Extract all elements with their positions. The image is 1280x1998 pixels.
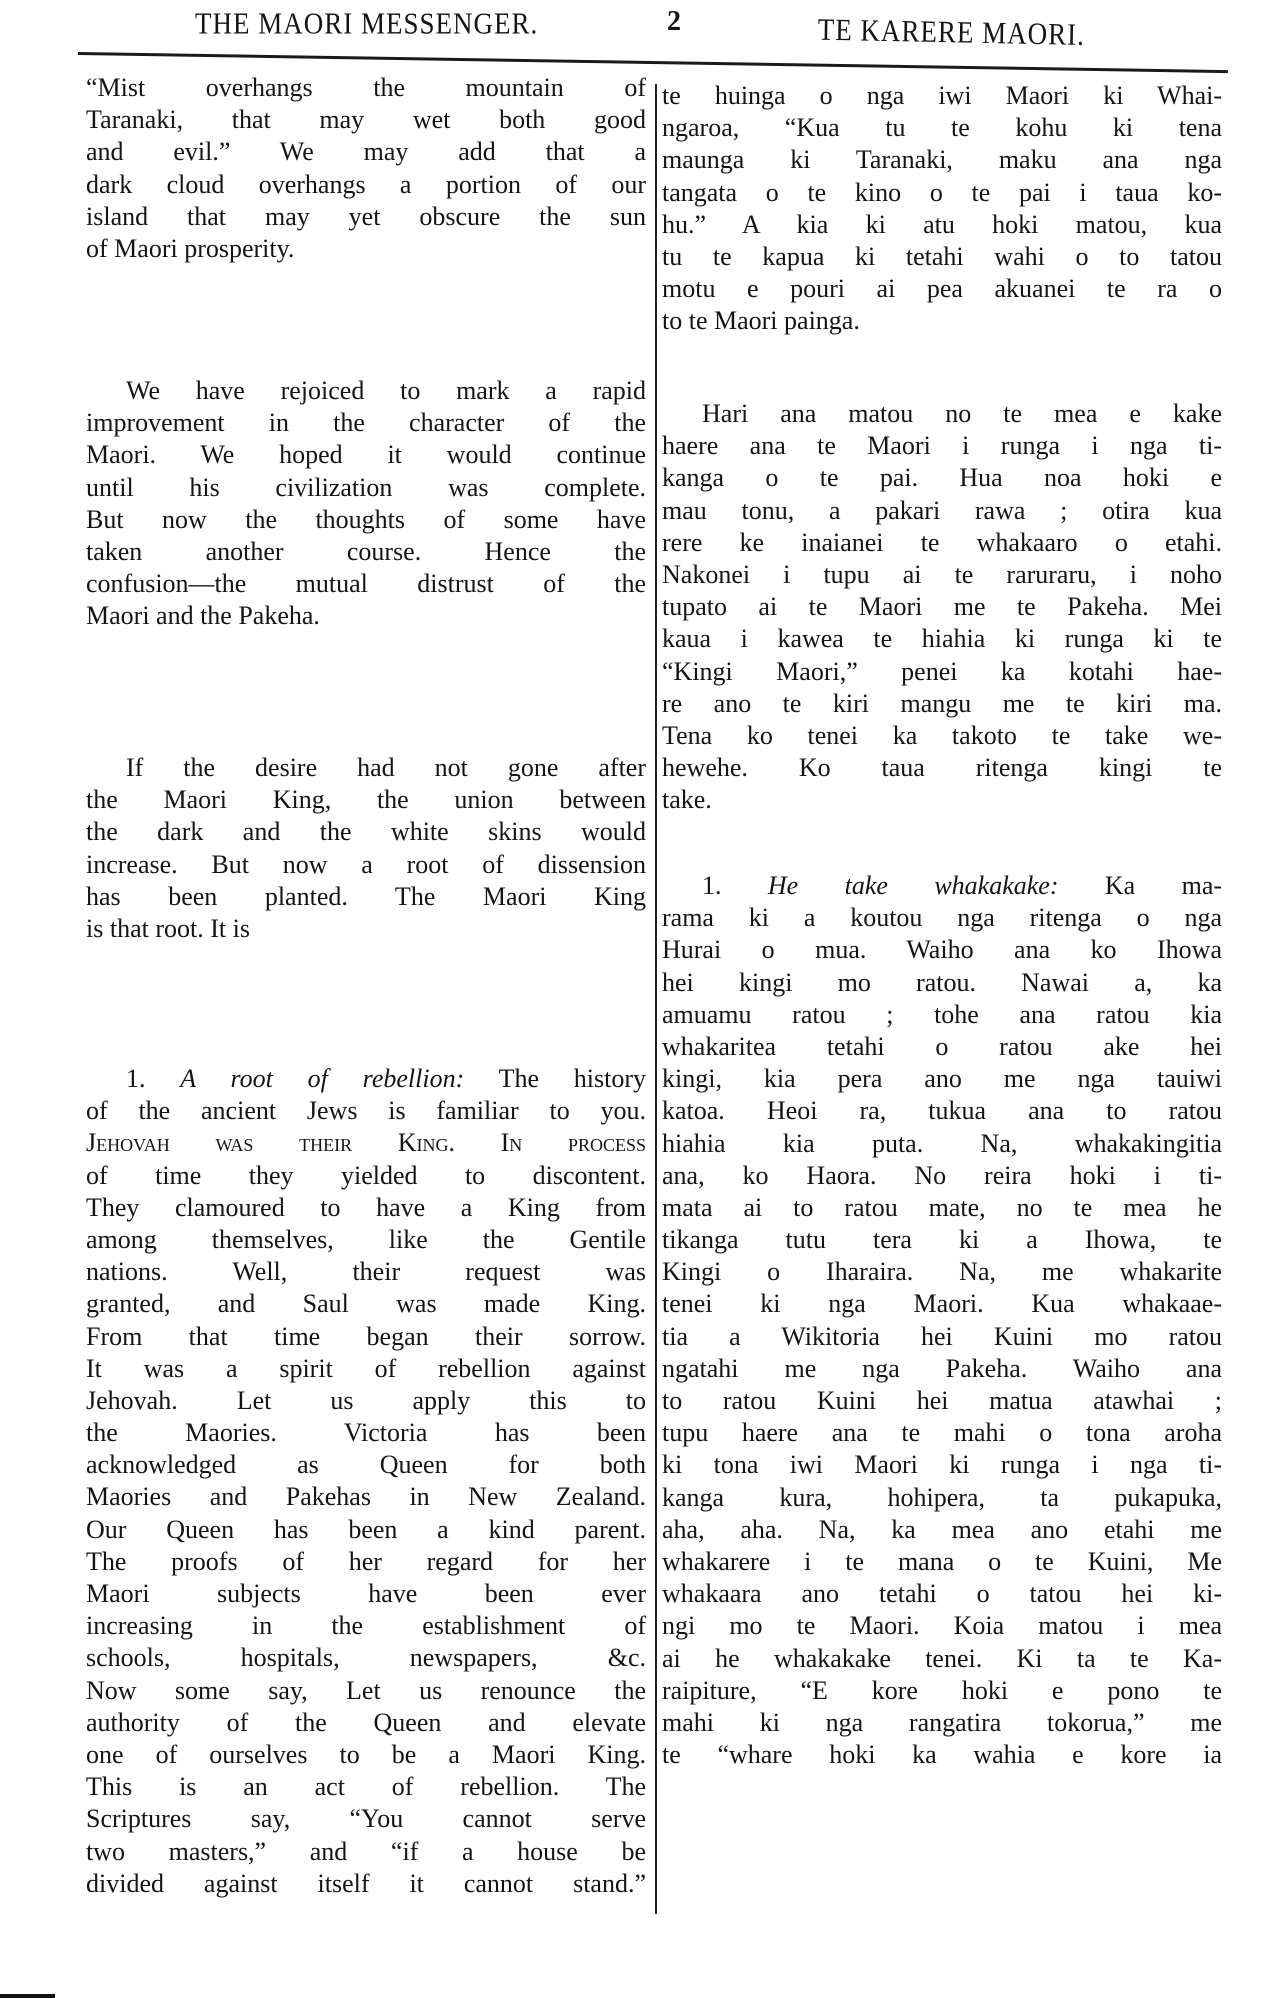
text-line: “Kingi Maori,” penei ka kotahi hae- bbox=[662, 656, 1222, 688]
text-line: raipiture, “E kore hoki e pono te bbox=[662, 1675, 1222, 1707]
text-line: of Maori prosperity. bbox=[86, 233, 646, 265]
section-heading: A root of rebellion: bbox=[180, 1064, 464, 1093]
text-line: re ano te kiri mangu me te kiri ma. bbox=[662, 688, 1222, 720]
text-line: ki tona iwi Maori ki runga i nga ti- bbox=[662, 1449, 1222, 1481]
text-line: ngaroa, “Kua tu te kohu ki tena bbox=[662, 112, 1222, 144]
text-line: ana, ko Haora. No reira hoki i ti- bbox=[662, 1160, 1222, 1192]
section-number: 1. bbox=[702, 871, 722, 900]
text-line: te huinga o nga iwi Maori ki Whai- bbox=[662, 80, 1222, 112]
text-line: Nakonei i tupu ai te raruraru, i noho bbox=[662, 559, 1222, 591]
text-line: and evil.” We may add that a bbox=[86, 136, 646, 168]
text-fragment: The history bbox=[499, 1064, 646, 1093]
text-line: But now the thoughts of some have bbox=[86, 504, 646, 536]
paragraph-desire: If the desire had not gone after the Mao… bbox=[86, 752, 646, 945]
text-line: kingi, kia pera ano me nga tauiwi bbox=[662, 1063, 1222, 1095]
text-line: take. bbox=[662, 784, 1222, 816]
text-line: increase. But now a root of dissension bbox=[86, 849, 646, 881]
text-line: Our Queen has been a kind parent. bbox=[86, 1514, 646, 1546]
text-line: mata ai to ratou mate, no te mea he bbox=[662, 1192, 1222, 1224]
text-line: hiahia kia puta. Na, whakakingitia bbox=[662, 1128, 1222, 1160]
text-line: tupato ai te Maori me te Pakeha. Mei bbox=[662, 591, 1222, 623]
text-line: taken another course. Hence the bbox=[86, 536, 646, 568]
section-number: 1. bbox=[126, 1064, 146, 1093]
text-line: kanga o te pai. Hua noa hoki e bbox=[662, 462, 1222, 494]
text-line: Jehovah. Let us apply this to bbox=[86, 1385, 646, 1417]
text-line: hei kingi mo ratou. Nawai a, ka bbox=[662, 967, 1222, 999]
text-line: We have rejoiced to mark a rapid bbox=[86, 375, 646, 407]
section-he-take-whakakake: 1. He take whakakake: Ka ma- rama ki a k… bbox=[662, 870, 1222, 1771]
section-heading-line: 1. A root of rebellion: The history bbox=[86, 1063, 646, 1095]
section-heading: He take whakakake: bbox=[768, 871, 1059, 900]
text-line: It was a spirit of rebellion against bbox=[86, 1353, 646, 1385]
text-line: Maories and Pakehas in New Zealand. bbox=[86, 1481, 646, 1513]
text-line: whakaritea tetahi o ratou ake hei bbox=[662, 1031, 1222, 1063]
text-line: whakaara ano tetahi o tatou hei ki- bbox=[662, 1578, 1222, 1610]
text-line: increasing in the establishment of bbox=[86, 1610, 646, 1642]
text-line: If the desire had not gone after bbox=[86, 752, 646, 784]
paragraph-hari: Hari ana matou no te mea e kake haere an… bbox=[662, 398, 1222, 816]
text-line: te “whare hoki ka wahia e kore ia bbox=[662, 1739, 1222, 1771]
text-line: to ratou Kuini hei matua atawhai ; bbox=[662, 1385, 1222, 1417]
text-line: tupu haere ana te mahi o tona aroha bbox=[662, 1417, 1222, 1449]
text-line: has been planted. The Maori King bbox=[86, 881, 646, 913]
text-line: haere ana te Maori i runga i nga ti- bbox=[662, 430, 1222, 462]
text-line: one of ourselves to be a Maori King. bbox=[86, 1739, 646, 1771]
text-line: the Maories. Victoria has been bbox=[86, 1417, 646, 1449]
column-divider bbox=[655, 84, 657, 1914]
text-line: dark cloud overhangs a portion of our bbox=[86, 169, 646, 201]
text-line: is that root. It is bbox=[86, 913, 646, 945]
text-line: rere ke inaianei te whakaaro o etahi. bbox=[662, 527, 1222, 559]
text-line: two masters,” and “if a house be bbox=[86, 1836, 646, 1868]
text-line: tia a Wikitoria hei Kuini mo ratou bbox=[662, 1321, 1222, 1353]
text-line: Kingi o Iharaira. Na, me whakarite bbox=[662, 1256, 1222, 1288]
text-line: schools, hospitals, newspapers, &c. bbox=[86, 1642, 646, 1674]
text-line: kanga kura, hohipera, ta pukapuka, bbox=[662, 1482, 1222, 1514]
paragraph-kohu: te huinga o nga iwi Maori ki Whai- ngaro… bbox=[662, 80, 1222, 338]
paragraph-rejoiced: We have rejoiced to mark a rapid improve… bbox=[86, 375, 646, 633]
text-line: Now some say, Let us renounce the bbox=[86, 1675, 646, 1707]
text-line: of the ancient Jews is familiar to you. bbox=[86, 1095, 646, 1127]
text-line: mau tonu, a pakari rawa ; otira kua bbox=[662, 495, 1222, 527]
text-line: of time they yielded to discontent. bbox=[86, 1160, 646, 1192]
text-line: nations. Well, their request was bbox=[86, 1256, 646, 1288]
text-line: aha, aha. Na, ka mea ano etahi me bbox=[662, 1514, 1222, 1546]
publication-title-maori: TE KARERE MAORI. bbox=[817, 12, 1085, 53]
text-line: acknowledged as Queen for both bbox=[86, 1449, 646, 1481]
page-edge-mark bbox=[0, 1994, 55, 1998]
page-header: THE MAORI MESSENGER. 2 TE KARERE MAORI. bbox=[0, 0, 1280, 56]
text-line: “Mist overhangs the mountain of bbox=[86, 72, 646, 104]
text-line: among themselves, like the Gentile bbox=[86, 1224, 646, 1256]
text-line: ai he whakakake tenei. Ki ta te Ka- bbox=[662, 1643, 1222, 1675]
text-line: motu e pouri ai pea akuanei te ra o bbox=[662, 273, 1222, 305]
section-heading-line: 1. He take whakakake: Ka ma- bbox=[662, 870, 1222, 902]
text-line: Maori. We hoped it would continue bbox=[86, 439, 646, 471]
text-line: They clamoured to have a King from bbox=[86, 1192, 646, 1224]
text-line: This is an act of rebellion. The bbox=[86, 1771, 646, 1803]
text-line: divided against itself it cannot stand.” bbox=[86, 1868, 646, 1900]
text-line: whakarere i te mana o te Kuini, Me bbox=[662, 1546, 1222, 1578]
text-line: Tena ko tenei ka takoto te take we- bbox=[662, 720, 1222, 752]
text-line: Hurai o mua. Waiho ana ko Ihowa bbox=[662, 934, 1222, 966]
text-line: mahi ki nga rangatira tokorua,” me bbox=[662, 1707, 1222, 1739]
publication-title-english: THE MAORI MESSENGER. bbox=[195, 6, 538, 42]
text-line: to te Maori painga. bbox=[662, 305, 1222, 337]
text-line: kaua i kawea te hiahia ki runga ki te bbox=[662, 623, 1222, 655]
text-line: improvement in the character of the bbox=[86, 407, 646, 439]
paragraph-mist: “Mist overhangs the mountain of Taranaki… bbox=[86, 72, 646, 265]
text-line: The proofs of her regard for her bbox=[86, 1546, 646, 1578]
text-line: tenei ki nga Maori. Kua whakaae- bbox=[662, 1288, 1222, 1320]
text-line: the Maori King, the union between bbox=[86, 784, 646, 816]
text-line: Jehovah was their King. In process bbox=[86, 1127, 646, 1159]
text-line: rama ki a koutou nga ritenga o nga bbox=[662, 902, 1222, 934]
text-line: hewehe. Ko taua ritenga kingi te bbox=[662, 752, 1222, 784]
section-root-of-rebellion: 1. A root of rebellion: The history of t… bbox=[86, 1063, 646, 1900]
text-line: Maori subjects have been ever bbox=[86, 1578, 646, 1610]
text-line: the dark and the white skins would bbox=[86, 816, 646, 848]
page-number: 2 bbox=[667, 6, 681, 38]
text-line: confusion—the mutual distrust of the bbox=[86, 568, 646, 600]
text-line: Taranaki, that may wet both good bbox=[86, 104, 646, 136]
text-line: Maori and the Pakeha. bbox=[86, 600, 646, 632]
text-line: katoa. Heoi ra, tukua ana to ratou bbox=[662, 1095, 1222, 1127]
text-line: ngi mo te Maori. Koia matou i mea bbox=[662, 1610, 1222, 1642]
text-line: tu te kapua ki tetahi wahi o to tatou bbox=[662, 241, 1222, 273]
text-line: tikanga tutu tera ki a Ihowa, te bbox=[662, 1224, 1222, 1256]
text-line: From that time began their sorrow. bbox=[86, 1321, 646, 1353]
text-line: authority of the Queen and elevate bbox=[86, 1707, 646, 1739]
text-line: maunga ki Taranaki, maku ana nga bbox=[662, 144, 1222, 176]
text-line: hu.” A kia ki atu hoki matou, kua bbox=[662, 209, 1222, 241]
text-line: tangata o te kino o te pai i taua ko- bbox=[662, 177, 1222, 209]
text-line: Hari ana matou no te mea e kake bbox=[662, 398, 1222, 430]
text-line: until his civilization was complete. bbox=[86, 472, 646, 504]
text-fragment: Ka ma- bbox=[1105, 871, 1222, 900]
text-line: amuamu ratou ; tohe ana ratou kia bbox=[662, 999, 1222, 1031]
text-line: island that may yet obscure the sun bbox=[86, 201, 646, 233]
text-line: granted, and Saul was made King. bbox=[86, 1288, 646, 1320]
text-line: ngatahi me nga Pakeha. Waiho ana bbox=[662, 1353, 1222, 1385]
text-line: Scriptures say, “You cannot serve bbox=[86, 1803, 646, 1835]
